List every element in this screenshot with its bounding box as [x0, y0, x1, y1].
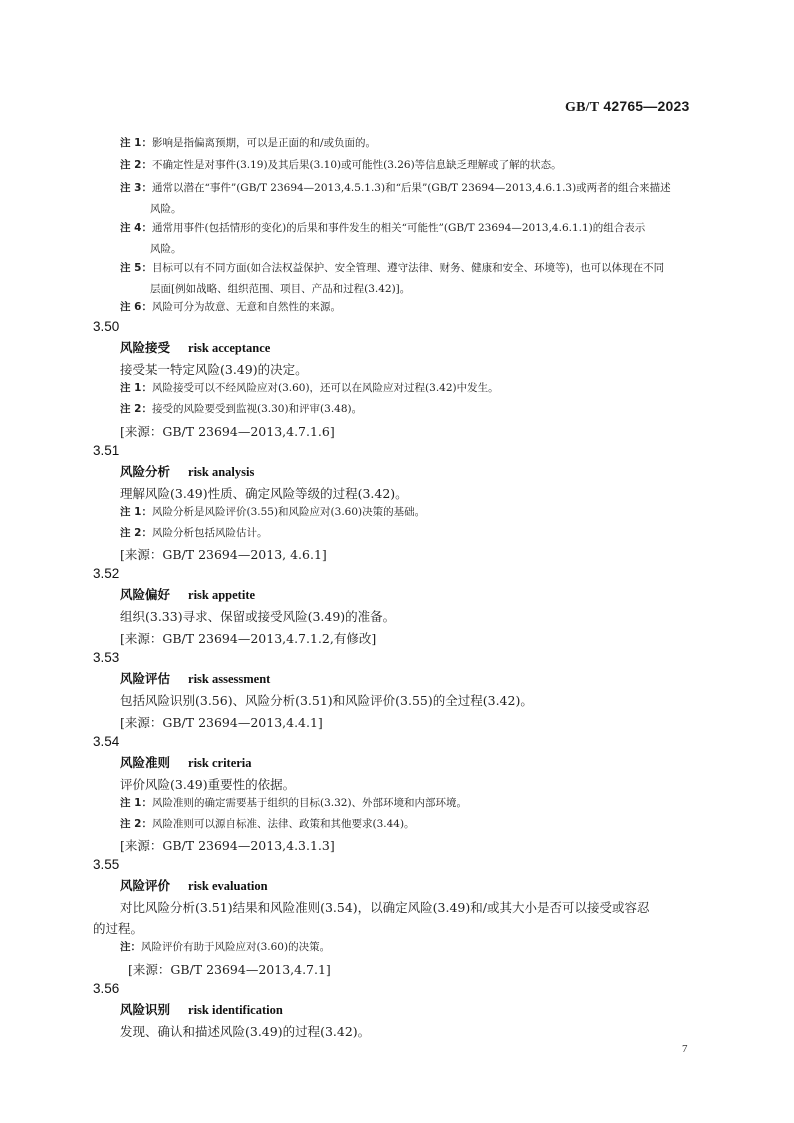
term-source: [来源：GB/T 23694—2013,4.7.1]	[128, 960, 331, 978]
term-definition: 组织(3.33)寻求、保留或接受风险(3.49)的准备。	[120, 607, 395, 625]
entry-number: 3.56	[93, 981, 119, 996]
standard-number: 42765—2023	[603, 98, 689, 114]
term-definition: 包括风险识别(3.56)、风险分析(3.51)和风险评价(3.55)的全过程(3…	[120, 691, 533, 709]
intro-note-3-continuation: 风险。	[150, 201, 182, 216]
document-standard-header: GB/T 42765—2023	[565, 98, 689, 116]
term-definition: 对比风险分析(3.51)结果和风险准则(3.54)，以确定风险(3.49)和/或…	[120, 898, 649, 916]
term-definition: 理解风险(3.49)性质、确定风险等级的过程(3.42)。	[120, 484, 408, 502]
term-note: 注 1：风险接受可以不经风险应对(3.60)，还可以在风险应对过程(3.42)中…	[120, 378, 499, 399]
term-heading: 风险接受risk acceptance	[120, 338, 270, 356]
term-note: 注 2：接受的风险要受到监视(3.30)和评审(3.48)。	[120, 399, 362, 420]
intro-note-2: 注 2：不确定性是对事件(3.19)及其后果(3.10)或可能性(3.26)等信…	[120, 155, 562, 176]
entry-number: 3.51	[93, 443, 119, 458]
term-note: 注：风险评价有助于风险应对(3.60)的决策。	[120, 937, 330, 958]
term-note: 注 2：风险分析包括风险估计。	[120, 523, 267, 544]
term-source: [来源：GB/T 23694—2013,4.7.1.6]	[120, 422, 335, 440]
intro-note-5: 注 5：目标可以有不同方面(如合法权益保护、安全管理、遵守法律、财务、健康和安全…	[120, 258, 664, 279]
term-heading: 风险识别risk identification	[120, 1000, 283, 1018]
term-heading: 风险评价risk evaluation	[120, 876, 268, 894]
term-note: 注 1：风险分析是风险评价(3.55)和风险应对(3.60)决策的基础。	[120, 502, 425, 523]
term-definition: 发现、确认和描述风险(3.49)的过程(3.42)。	[120, 1022, 370, 1040]
term-source: [来源：GB/T 23694—2013, 4.6.1]	[120, 545, 327, 563]
standard-prefix: GB/T	[565, 100, 599, 115]
term-definition-continuation: 的过程。	[93, 919, 143, 937]
term-note: 注 1：风险准则的确定需要基于组织的目标(3.32)、外部环境和内部环境。	[120, 793, 467, 814]
term-note: 注 2：风险准则可以源自标准、法律、政策和其他要求(3.44)。	[120, 814, 415, 835]
entry-number: 3.54	[93, 734, 119, 749]
term-source: [来源：GB/T 23694—2013,4.4.1]	[120, 713, 323, 731]
intro-note-3: 注 3：通常以潜在“事件”(GB/T 23694—2013,4.5.1.3)和“…	[120, 178, 671, 199]
intro-note-6: 注 6：风险可分为故意、无意和自然性的来源。	[120, 297, 341, 318]
intro-note-1: 注 1：影响是指偏离预期，可以是正面的和/或负面的。	[120, 133, 376, 154]
entry-number: 3.53	[93, 650, 119, 665]
term-definition: 评价风险(3.49)重要性的依据。	[120, 775, 295, 793]
entry-number: 3.52	[93, 566, 119, 581]
term-heading: 风险评估risk assessment	[120, 669, 270, 687]
entry-number: 3.55	[93, 857, 119, 872]
intro-note-5-continuation: 层面[例如战略、组织范围、项目、产品和过程(3.42)]。	[150, 281, 410, 296]
term-source: [来源：GB/T 23694—2013,4.7.1.2,有修改]	[120, 629, 376, 647]
term-heading: 风险分析risk analysis	[120, 462, 254, 480]
page-number: 7	[682, 1043, 688, 1055]
term-heading: 风险偏好risk appetite	[120, 585, 255, 603]
intro-note-4-continuation: 风险。	[150, 241, 182, 256]
term-source: [来源：GB/T 23694—2013,4.3.1.3]	[120, 836, 335, 854]
term-definition: 接受某一特定风险(3.49)的决定。	[120, 360, 308, 378]
intro-note-4: 注 4：通常用事件(包括情形的变化)的后果和事件发生的相关“可能性”(GB/T …	[120, 218, 645, 239]
entry-number: 3.50	[93, 319, 119, 334]
term-heading: 风险准则risk criteria	[120, 753, 252, 771]
